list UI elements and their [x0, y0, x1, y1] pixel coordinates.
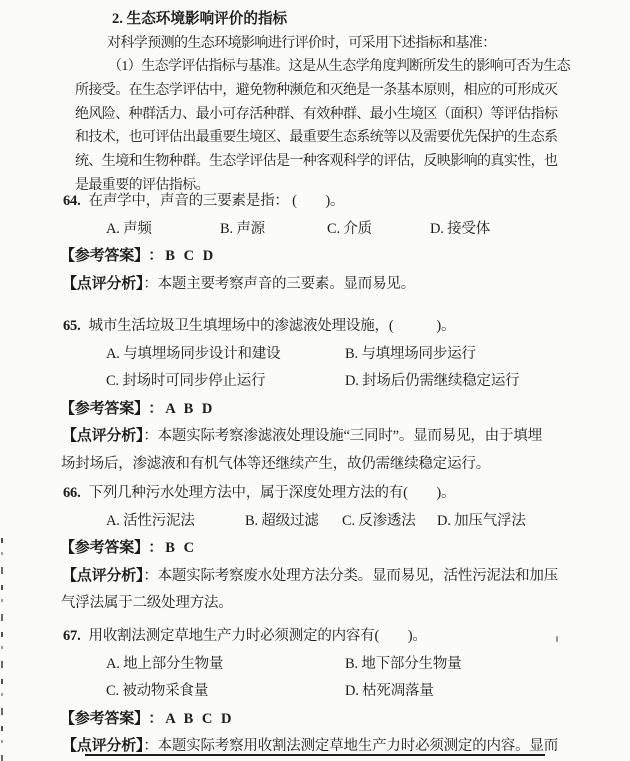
question-64-analysis: 【点评分析】：本题主要考察声音的三要素。显而易见。 — [62, 271, 610, 299]
option-b: B. 地下部分生物量 — [345, 651, 461, 679]
scan-speck — [556, 636, 558, 642]
option-c: C. 反渗透法 — [342, 508, 437, 536]
option-b: B. 超级过滤 — [245, 508, 342, 536]
question-67-answer: 【参考答案】：A B C D — [60, 706, 610, 734]
analysis-label: 【点评分析】 — [62, 428, 143, 444]
question-stem-text: 下列几种污水处理方法中，属于深度处理方法的有( )。 — [89, 485, 456, 501]
section-eco-impact-indicators: 2. 生态环境影响评价的指标 对科学预测的生态环境影响进行评价时，可采用下述指标… — [60, 8, 600, 198]
question-number: 66. — [63, 485, 81, 501]
intro-paragraph-line: 统、生境和生物种群。生态学评估是一种客观科学的评估，反映影响的真实性，也 — [75, 150, 600, 174]
question-67-analysis: 【点评分析】：本题实际考察用收割法测定草地生产力时必须测定的内容。显而 — [62, 733, 610, 761]
answer-value: ：A B C D — [148, 711, 234, 727]
question-stem-text: 在声学中，声音的三要素是指： ( )。 — [89, 193, 345, 209]
question-65-analysis-continued: 场封场后，渗滤液和有机气体等还继续产生，故仍需继续稳定运行。 — [61, 451, 610, 479]
option-b: B. 声源 — [220, 216, 327, 244]
analysis-text: ：本题实际考察渗滤液处理设施“三同时”。显而易见，由于填埋 — [143, 428, 542, 444]
question-66-analysis-continued: 气浮法属于二级处理方法。 — [61, 590, 610, 618]
intro-paragraph-line: 绝风险、种群活力、最小可存活种群、有效种群、最小生境区（面积）等评估指标 — [75, 103, 600, 127]
question-66-stem: 66.下列几种污水处理方法中，属于深度处理方法的有( )。 — [63, 480, 610, 508]
page-bottom-divider — [85, 754, 545, 756]
answer-label: 【参考答案】 — [60, 248, 141, 264]
question-stem-text: 城市生活垃圾卫生填埋场中的渗滤液处理设施，( )。 — [89, 318, 456, 334]
option-d: D. 接受体 — [430, 216, 490, 244]
analysis-label: 【点评分析】 — [62, 738, 143, 754]
question-67: 67.用收割法测定草地生产力时必须测定的内容有( )。 A. 地上部分生物量B.… — [60, 623, 610, 761]
option-a: A. 活性污泥法 — [106, 508, 245, 536]
analysis-text: ：本题实际考察废水处理方法分类。显而易见，活性污泥法和加压 — [143, 568, 558, 584]
question-65: 65.城市生活垃圾卫生填埋场中的渗滤液处理设施，( )。 A. 与填埋场同步设计… — [60, 313, 610, 478]
option-d: D. 封场后仍需继续稳定运行 — [345, 368, 519, 396]
option-d: D. 加压气浮法 — [437, 508, 526, 536]
answer-label: 【参考答案】 — [60, 401, 141, 417]
question-67-options-row-1: A. 地上部分生物量B. 地下部分生物量 — [106, 651, 610, 679]
option-c: C. 封场时可同步停止运行 — [106, 368, 345, 396]
option-d: D. 枯死凋落量 — [345, 678, 434, 706]
question-65-options-row-2: C. 封场时可同步停止运行D. 封场后仍需继续稳定运行 — [106, 368, 610, 396]
analysis-label: 【点评分析】 — [62, 276, 143, 292]
answer-value: ：B C D — [148, 248, 215, 264]
question-number: 65. — [63, 318, 81, 334]
option-a: A. 声频 — [106, 216, 220, 244]
question-65-analysis: 【点评分析】：本题实际考察渗滤液处理设施“三同时”。显而易见，由于填埋 — [62, 423, 610, 451]
option-a: A. 地上部分生物量 — [106, 651, 345, 679]
question-67-stem: 67.用收割法测定草地生产力时必须测定的内容有( )。 — [63, 623, 610, 651]
option-c: C. 介质 — [327, 216, 430, 244]
question-number: 67. — [63, 628, 81, 644]
intro-lead-line: 对科学预测的生态环境影响进行评价时，可采用下述指标和基准： — [107, 32, 600, 56]
question-64-answer: 【参考答案】：B C D — [60, 243, 610, 271]
intro-paragraph-line: 所接受。在生态学评估中，避免物种濒危和灭绝是一条基本原则，相应的可形成灭 — [75, 79, 600, 103]
question-65-answer: 【参考答案】：A B D — [60, 396, 610, 424]
question-65-stem: 65.城市生活垃圾卫生填埋场中的渗滤液处理设施，( )。 — [63, 313, 610, 341]
question-66-analysis: 【点评分析】：本题实际考察废水处理方法分类。显而易见，活性污泥法和加压 — [62, 563, 610, 591]
scanned-exam-page: 2. 生态环境影响评价的指标 对科学预测的生态环境影响进行评价时，可采用下述指标… — [0, 0, 630, 761]
option-a: A. 与填埋场同步设计和建设 — [106, 341, 345, 369]
analysis-text: ：本题实际考察用收割法测定草地生产力时必须测定的内容。显而 — [143, 738, 558, 754]
intro-paragraph-line: 和技术，也可评估出最重要生境区、最重要生态系统等以及需要优先保护的生态系 — [75, 126, 600, 150]
question-66-answer: 【参考答案】：B C — [60, 535, 610, 563]
analysis-text: ：本题主要考察声音的三要素。显而易见。 — [143, 276, 415, 292]
question-stem-text: 用收割法测定草地生产力时必须测定的内容有( )。 — [89, 628, 427, 644]
scan-edge-artifact — [1, 538, 3, 761]
question-64-options: A. 声频B. 声源C. 介质D. 接受体 — [106, 216, 610, 244]
answer-value: ：B C — [148, 540, 196, 556]
question-66: 66.下列几种污水处理方法中，属于深度处理方法的有( )。 A. 活性污泥法B.… — [60, 480, 610, 618]
answer-value: ：A B D — [148, 401, 215, 417]
intro-paragraph-line: （1）生态学评估指标与基准。这是从生态学角度判断所发生的影响可否为生态 — [75, 55, 600, 79]
question-64-stem: 64.在声学中，声音的三要素是指： ( )。 — [63, 188, 610, 216]
question-66-options: A. 活性污泥法B. 超级过滤C. 反渗透法D. 加压气浮法 — [106, 508, 610, 536]
answer-label: 【参考答案】 — [60, 711, 141, 727]
analysis-label: 【点评分析】 — [62, 568, 143, 584]
question-67-options-row-2: C. 被动物采食量D. 枯死凋落量 — [106, 678, 610, 706]
option-c: C. 被动物采食量 — [106, 678, 345, 706]
question-64: 64.在声学中，声音的三要素是指： ( )。 A. 声频B. 声源C. 介质D.… — [60, 188, 610, 298]
answer-label: 【参考答案】 — [60, 540, 141, 556]
question-number: 64. — [63, 193, 81, 209]
option-b: B. 与填埋场同步运行 — [345, 341, 476, 369]
question-65-options-row-1: A. 与填埋场同步设计和建设B. 与填埋场同步运行 — [106, 341, 610, 369]
section-heading: 2. 生态环境影响评价的指标 — [112, 8, 600, 32]
